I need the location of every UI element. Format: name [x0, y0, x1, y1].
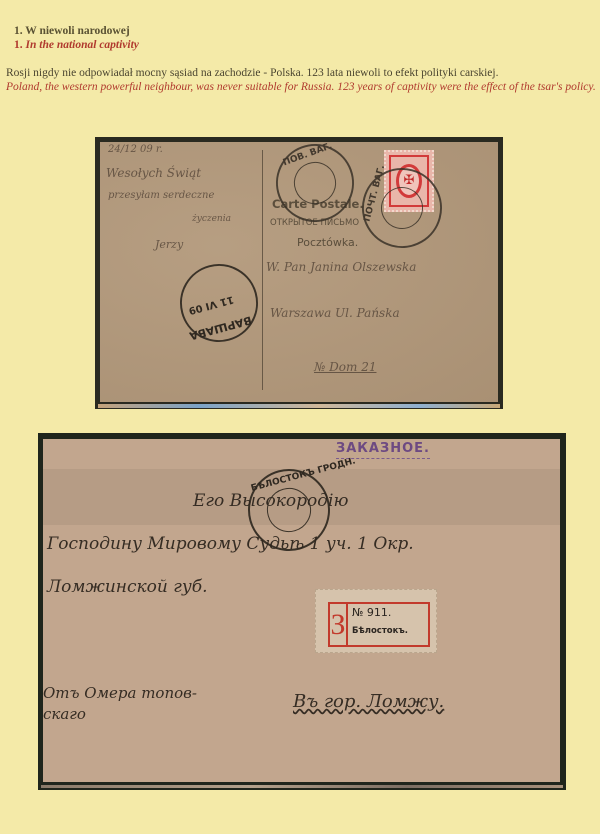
- envelope-address-line3: Ломжинской губ.: [47, 577, 207, 597]
- envelope-destination: Въ гор. Ломжу.: [293, 691, 444, 712]
- postcard-item: 24/12 09 r. Wesołych Świąt przesyłam ser…: [95, 137, 503, 409]
- postcard-address-line1: W. Pan Janina Olszewska: [266, 260, 416, 274]
- registration-number: № 911.: [352, 606, 391, 619]
- postcard-message-line3: życzenia: [192, 214, 231, 224]
- envelope-address-line2: Господину Мировому Судьѣ 1 уч. 1 Окр.: [47, 534, 414, 554]
- section-title-english-text: In the national captivity: [26, 39, 139, 51]
- description-polish: Rosji nigdy nie odpowiadał mocny sąsiad …: [6, 66, 596, 80]
- section-number: 1.: [14, 39, 23, 51]
- postcard-edge-strip: [98, 404, 500, 408]
- description-english: Poland, the western powerful neighbour, …: [6, 80, 596, 94]
- section-title-english: 1. In the national captivity: [14, 39, 139, 51]
- section-title-polish: 1. W niewoli narodowej: [14, 25, 130, 37]
- envelope-sender-line2: скаго: [43, 705, 86, 723]
- stamp-cancel-postmark: ПОЧТ. ВАГ.: [353, 159, 451, 257]
- postcard-address-line2: Warszawa Ul. Pańska: [270, 306, 400, 320]
- postmark-inner-ring: [288, 156, 341, 209]
- registered-envelope-item: ЗАКАЗНОЕ. БѢЛОСТОКЪ ГРОДН. Его Высокород…: [38, 433, 566, 790]
- envelope-edge-strip: [41, 785, 563, 788]
- postcard-signature: Jerzy: [155, 238, 183, 251]
- postcard-paper: 24/12 09 r. Wesołych Świąt przesyłam ser…: [100, 142, 498, 402]
- warsaw-postmark-date: 11 VI 09: [187, 293, 235, 316]
- registration-label-box: З № 911. Бѣлостокъ.: [328, 602, 430, 647]
- warsaw-postmark-city: ВАРШАВА: [188, 313, 253, 342]
- postcard-address-line3: № Dom 21: [314, 360, 376, 374]
- warsaw-postmark: ВАРШАВА 11 VI 09: [171, 255, 267, 351]
- envelope-sender-line1: Отъ Омера топов-: [43, 684, 197, 702]
- postcard-date-handwriting: 24/12 09 r.: [108, 144, 163, 155]
- envelope-address-line1: Его Высокородію: [193, 491, 348, 511]
- postmark-inner-ring: [376, 182, 428, 234]
- postcard-message-line2: przesyłam serdeczne: [108, 190, 214, 201]
- registration-city: Бѣлостокъ.: [352, 626, 408, 636]
- envelope-paper: ЗАКАЗНОЕ. БѢЛОСТОКЪ ГРОДН. Его Высокород…: [43, 439, 560, 782]
- registration-label: З № 911. Бѣлостокъ.: [315, 589, 437, 653]
- printed-pocztowka: Pocztówka.: [297, 236, 358, 249]
- postcard-message-line1: Wesołych Świąt: [106, 166, 201, 180]
- registration-letter: З: [330, 604, 348, 645]
- postcard-divider-line: [262, 150, 263, 390]
